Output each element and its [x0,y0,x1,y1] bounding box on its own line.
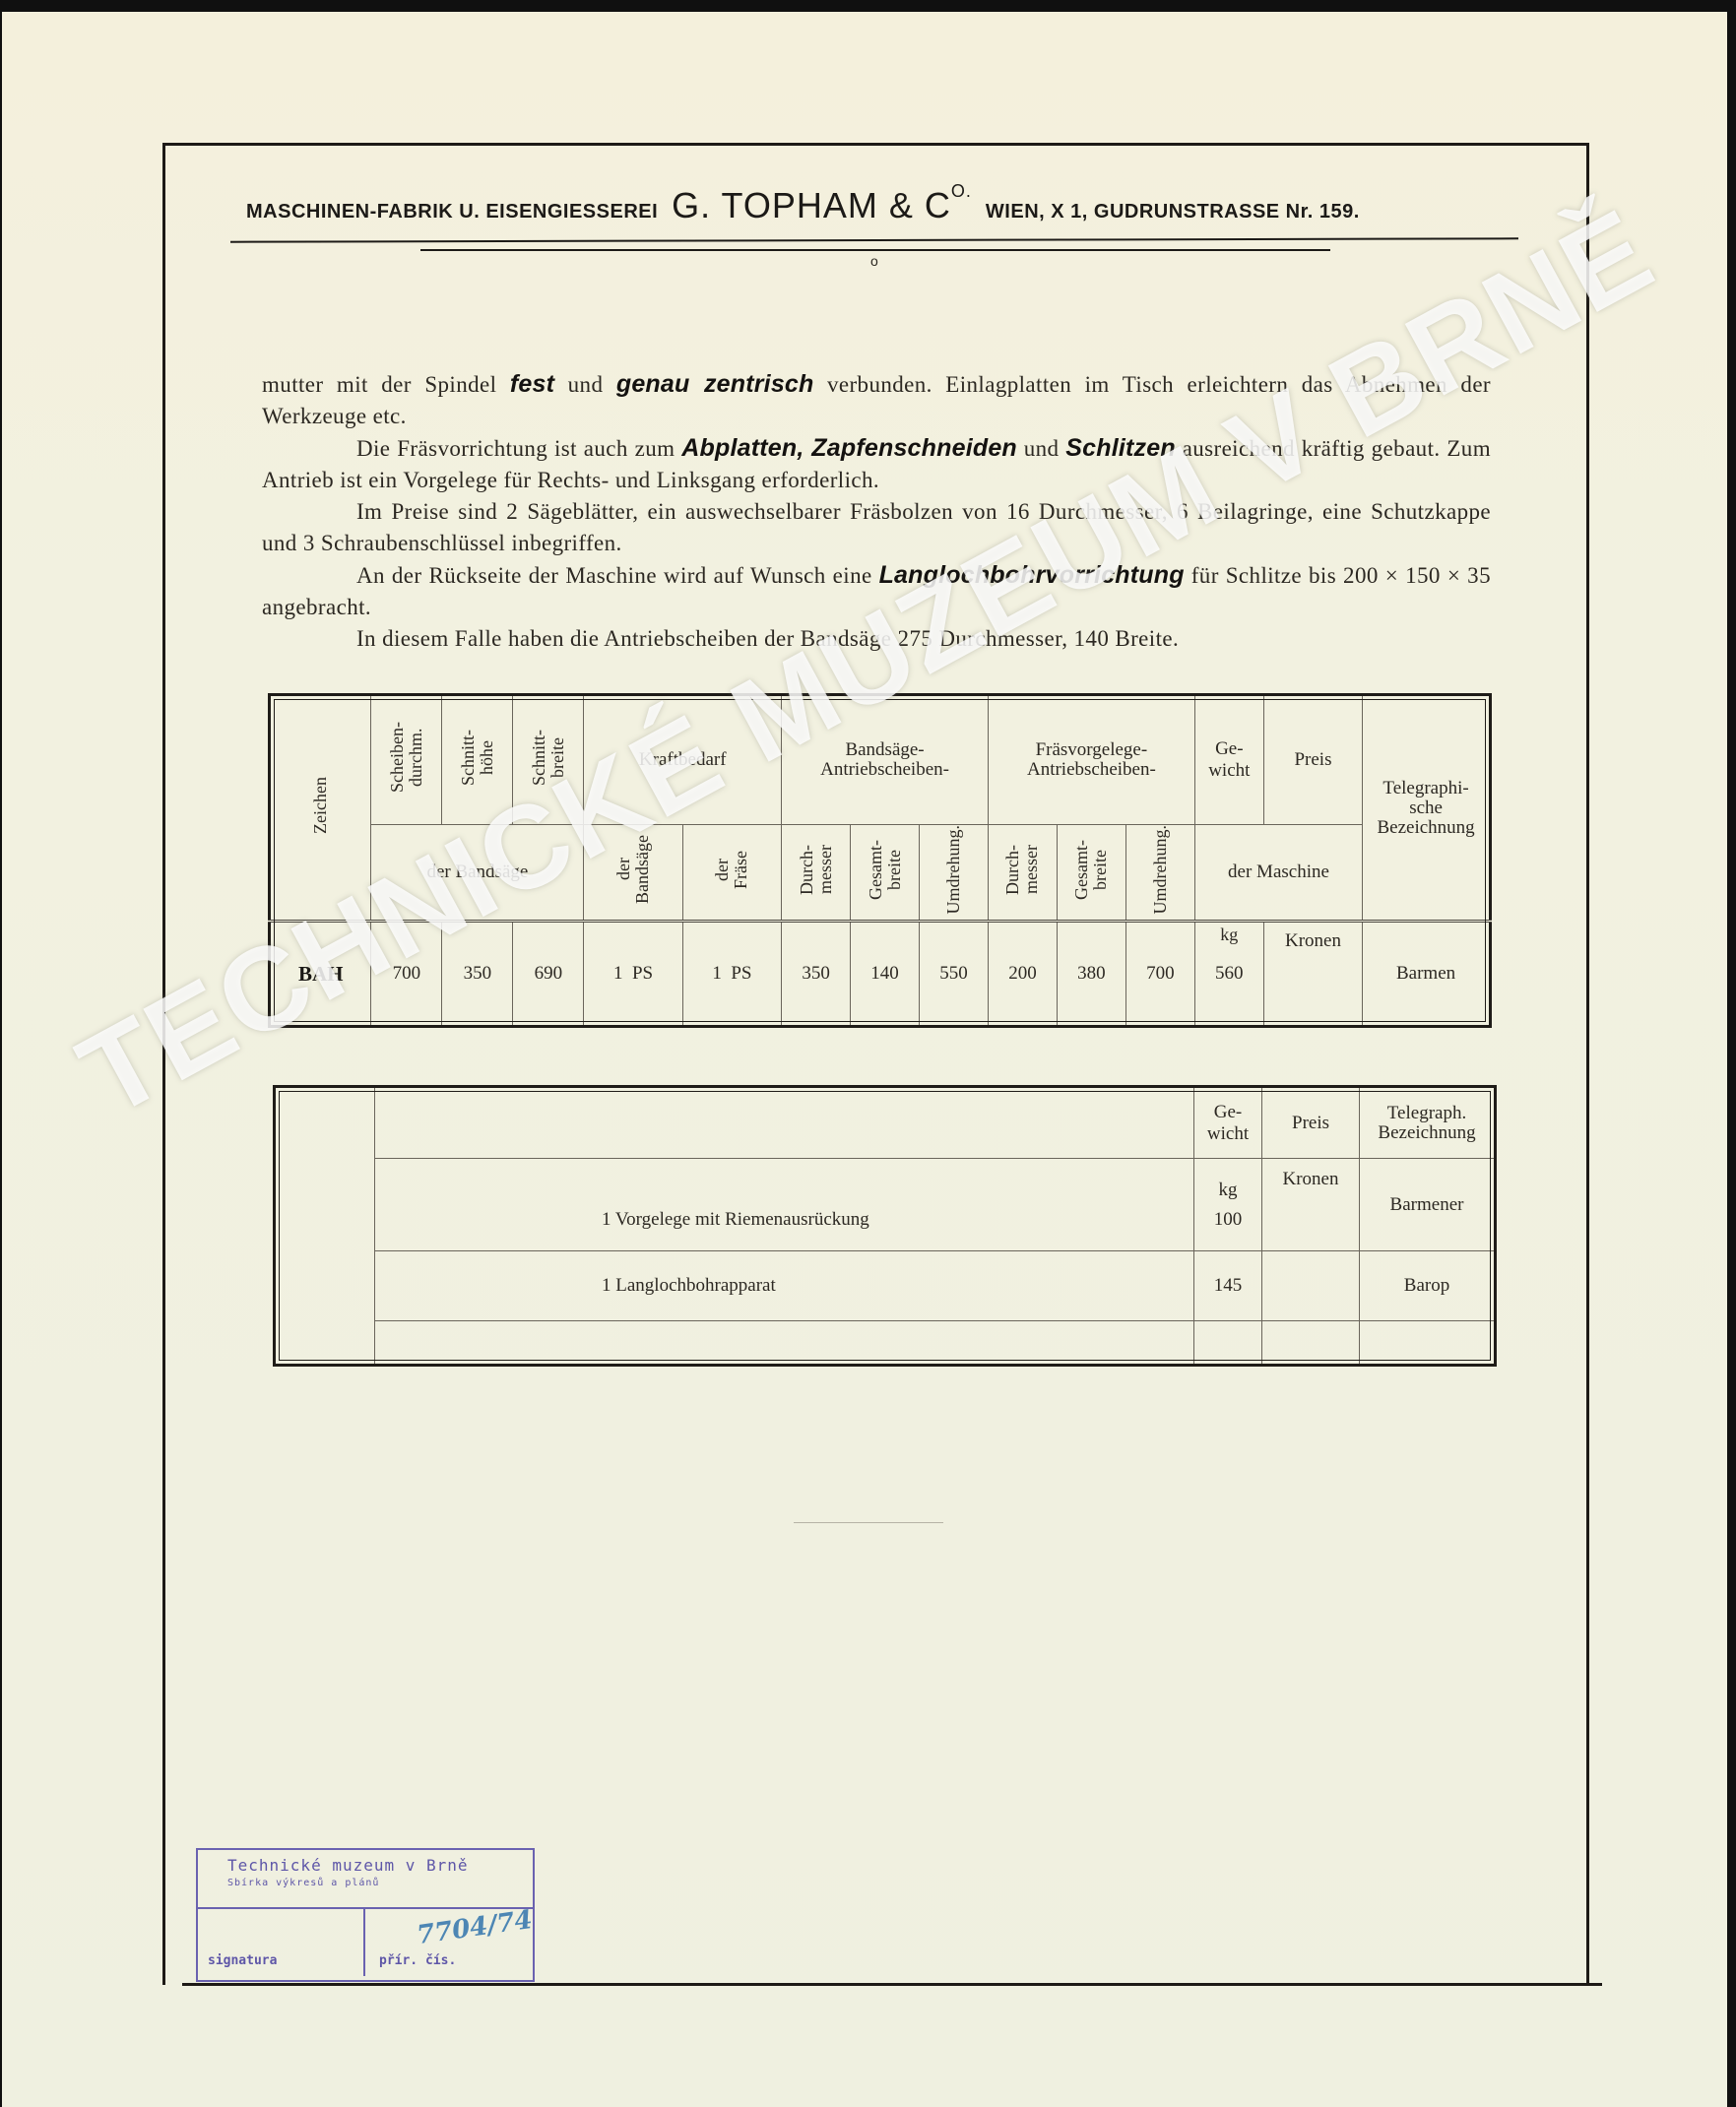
cell-preis: Kronen [1263,922,1362,1027]
stamp-signatura-label: signatura [198,1909,365,1976]
col-kraft-bandsaege: der Bandsäge [584,825,682,922]
table-row: BAH 700 350 690 1 PS 1 PS 350 140 550 20… [270,922,1491,1027]
letterhead: MASCHINEN-FABRIK U. EISENGIESSEREI G. TO… [246,185,1487,230]
col-zeichen: Zeichen [270,695,371,922]
cell-schnittbreite: 690 [513,922,584,1027]
table-row: 1 Langlochbohrapparat 145 Barop [275,1250,1496,1320]
col-gewicht: Ge- wicht [1194,1087,1262,1159]
der-maschine-group: der Maschine [1194,825,1362,922]
cell-preis [1262,1250,1360,1320]
col-schnittbreite: Schnitt- breite [513,695,584,825]
stamp-collection: Sbírka výkresů a plánů [227,1878,533,1888]
paragraph-4: An der Rückseite der Maschine wird auf W… [262,559,1491,623]
page-frame-bottom-rule [182,1983,1602,1986]
col-preis: Preis [1262,1087,1360,1159]
col-preis: Preis [1263,695,1362,825]
col-bandsaege-antrieb: Bandsäge- Antriebscheiben- [782,695,989,825]
accessories-table: Ge- wicht Preis Telegraph. Bezeichnung 1… [273,1085,1497,1367]
cell-telegraph: Barmener [1360,1159,1496,1251]
blank-left-column [275,1087,375,1366]
paragraph-5: In diesem Falle haben die Antriebscheibe… [262,623,1491,655]
col-bs-durchmesser: Durch- messer [782,825,851,922]
ornament-dot: o [870,253,878,269]
col-telegraph: Telegraphi- sche Bezeichnung [1363,695,1491,922]
cell-fv-gesamtbreite: 380 [1057,922,1125,1027]
col-telegraph: Telegraph. Bezeichnung [1360,1087,1496,1159]
col-fv-durchmesser: Durch- messer [988,825,1057,922]
stamp-accession-number: 7704/74 [415,1905,534,1950]
col-bs-gesamtbreite: Gesamt- breite [851,825,920,922]
cell-scheibendurchm: 700 [371,922,442,1027]
spec-table: Zeichen Scheiben- durchm. Schnitt- höhe … [268,693,1492,1028]
document-page: MASCHINEN-FABRIK U. EISENGIESSEREI G. TO… [2,12,1727,2107]
cell-fv-durchmesser: 200 [988,922,1057,1027]
col-gewicht: Ge- wicht [1194,695,1263,825]
museum-stamp: Technické muzeum v Brně Sbírka výkresů a… [196,1848,535,1982]
col-fraes-antrieb: Fräsvorgelege- Antriebscheiben- [988,695,1194,825]
cell-preis: Kronen [1262,1159,1360,1251]
paragraph-3: Im Preise sind 2 Sägeblätter, ein auswec… [262,496,1491,559]
table-row: 1 Vorgelege mit Riemenausrückung kg100 K… [275,1159,1496,1251]
cell-gewicht: 145 [1194,1250,1262,1320]
col-scheibendurchm: Scheiben- durchm. [371,695,442,825]
cell-item: 1 Vorgelege mit Riemenausrückung [375,1159,1194,1251]
col-bs-umdrehung: Umdrehung. [920,825,989,922]
cell-zeichen: BAH [270,922,371,1027]
cell-kraft-fraese: 1 PS [682,922,781,1027]
cell-kraft-bandsaege: 1 PS [584,922,682,1027]
header-item-blank [375,1087,1194,1159]
letterhead-address: WIEN, X 1, GUDRUNSTRASSE Nr. 159. [986,201,1360,223]
cell-schnitthoehe: 350 [442,922,513,1027]
cell-fv-umdrehung: 700 [1125,922,1194,1027]
letterhead-firm-name: G. TOPHAM & CO. [672,185,972,226]
table-row-empty [275,1321,1496,1366]
cell-bs-umdrehung: 550 [920,922,989,1027]
col-kraft-fraese: der Fräse [682,825,781,922]
cell-telegraph: Barop [1360,1250,1496,1320]
stamp-museum-name: Technické muzeum v Brně [227,1856,533,1875]
der-bandsaege-group: der Bandsäge [371,825,584,922]
end-rule [794,1522,943,1523]
cell-telegraph: Barmen [1363,922,1491,1027]
col-schnitthoehe: Schnitt- höhe [442,695,513,825]
cell-gewicht: kg560 [1194,922,1263,1027]
paragraph-1: mutter mit der Spindel fest und genau ze… [262,368,1491,432]
cell-gewicht: kg100 [1194,1159,1262,1251]
cell-bs-durchmesser: 350 [782,922,851,1027]
letterhead-rule-short [420,249,1330,251]
col-kraftbedarf: Kraftbedarf [584,695,782,825]
cell-item: 1 Langlochbohrapparat [375,1250,1194,1320]
description-text: mutter mit der Spindel fest und genau ze… [262,368,1491,655]
col-fv-umdrehung: Umdrehung. [1125,825,1194,922]
paragraph-2: Die Fräsvorrichtung ist auch zum Abplatt… [262,432,1491,496]
col-fv-gesamtbreite: Gesamt- breite [1057,825,1125,922]
cell-bs-gesamtbreite: 140 [851,922,920,1027]
letterhead-company-type: MASCHINEN-FABRIK U. EISENGIESSEREI [246,201,658,223]
stamp-accession-label: přír. čís. [379,1953,456,1968]
